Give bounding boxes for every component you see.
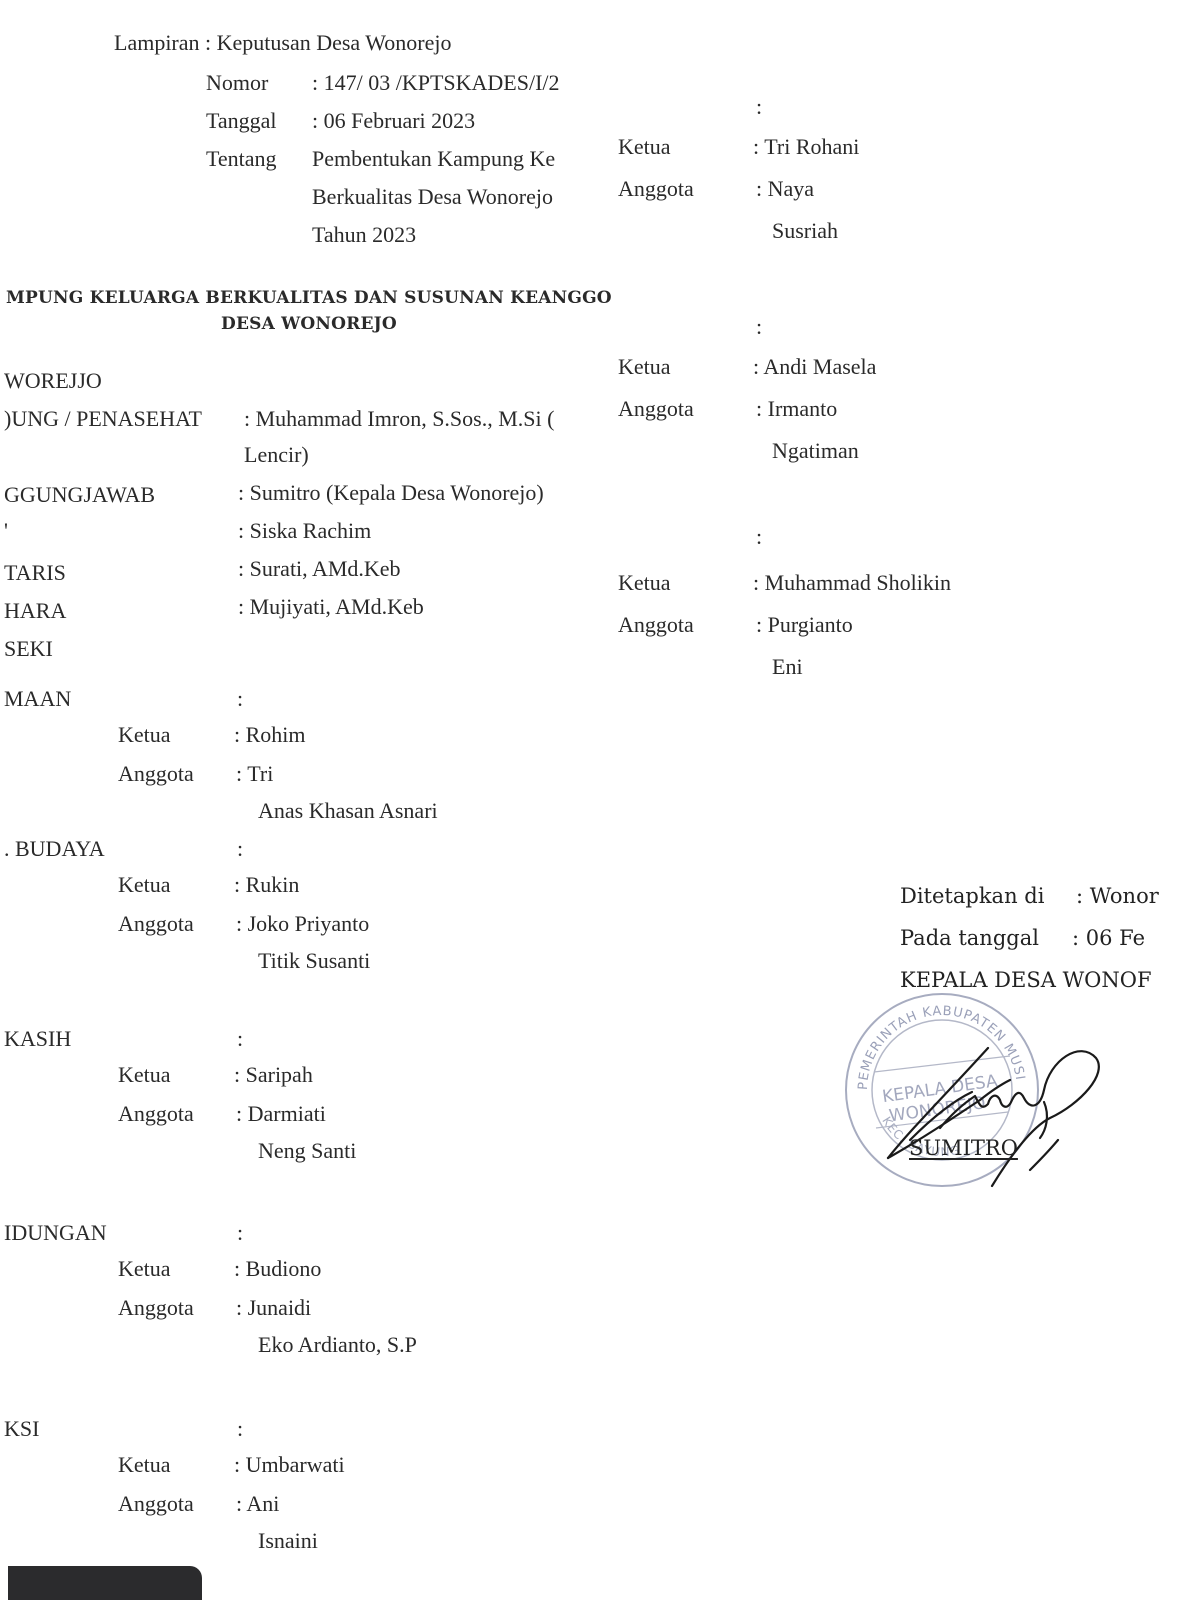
anggota-label: Anggota <box>618 396 694 422</box>
org-name: WOREJJO <box>4 368 102 394</box>
row-value-cont: Lencir) <box>244 442 309 468</box>
tentang-line1: Pembentukan Kampung Ke <box>312 146 555 172</box>
ketua-label: Ketua <box>118 1062 171 1088</box>
nomor-label: Nomor <box>206 70 268 96</box>
anggota-label: Anggota <box>118 761 194 787</box>
section-name: . BUDAYA <box>4 836 105 862</box>
ketua-value: : Umbarwati <box>234 1452 345 1478</box>
nomor-value: : 147/ 03 /KPTSKADES/I/2 <box>312 70 560 96</box>
ketua-label: Ketua <box>118 1256 171 1282</box>
anggota-value: : Tri <box>236 761 273 787</box>
ketua-label: Ketua <box>118 722 171 748</box>
anggota-label: Anggota <box>618 612 694 638</box>
row-label: TARIS <box>4 560 66 586</box>
ketua-value: : Andi Masela <box>753 354 876 380</box>
ketua-value: : Rukin <box>234 872 299 898</box>
anggota-value: : Purgianto <box>756 612 853 638</box>
ditetapkan-label: Ditetapkan di <box>900 884 1044 908</box>
ketua-value: : Tri Rohani <box>753 134 859 160</box>
anggota-label: Anggota <box>118 911 194 937</box>
ketua-label: Ketua <box>118 872 171 898</box>
anggota-label: Anggota <box>618 176 694 202</box>
anggota-value: : Joko Priyanto <box>236 911 369 937</box>
jabatan: KEPALA DESA WONOF <box>900 968 1152 992</box>
ketua-value: : Muhammad Sholikin <box>753 570 951 596</box>
tanggal-value: : 06 Februari 2023 <box>312 108 475 134</box>
row-label: SEKI <box>4 636 53 662</box>
anggota-value-2: Neng Santi <box>258 1138 356 1164</box>
title-line2: DESA WONOREJO <box>221 314 397 334</box>
anggota-value: : Irmanto <box>756 396 837 422</box>
ketua-label: Ketua <box>618 134 671 160</box>
anggota-value-2: Eko Ardianto, S.P <box>258 1332 417 1358</box>
signatory-name: SUMITRO <box>909 1136 1018 1160</box>
section-name: MAAN <box>4 686 71 712</box>
section-name: KASIH <box>4 1026 71 1052</box>
lampiran-line: Lampiran : Keputusan Desa Wonorejo <box>114 30 452 56</box>
anggota-value-2: Eni <box>772 654 803 680</box>
ditetapkan-value: : Wonor <box>1076 884 1159 908</box>
anggota-value-2: Isnaini <box>258 1528 318 1554</box>
tentang-line2: Berkualitas Desa Wonorejo <box>312 184 553 210</box>
ketua-label: Ketua <box>618 570 671 596</box>
section-colon: : <box>237 1026 243 1052</box>
tentang-line3: Tahun 2023 <box>312 222 416 248</box>
row-value: : Sumitro (Kepala Desa Wonorejo) <box>238 480 544 506</box>
anggota-value-2: Susriah <box>772 218 838 244</box>
section-colon: : <box>756 314 762 340</box>
anggota-value-2: Titik Susanti <box>258 948 370 974</box>
row-value: : Muhammad Imron, S.Sos., M.Si ( <box>244 406 554 432</box>
row-value: : Mujiyati, AMd.Keb <box>238 594 424 620</box>
ketua-value: : Rohim <box>234 722 306 748</box>
anggota-value-2: Anas Khasan Asnari <box>258 798 438 824</box>
anggota-label: Anggota <box>118 1101 194 1127</box>
anggota-value: : Naya <box>756 176 814 202</box>
ketua-label: Ketua <box>618 354 671 380</box>
anggota-value: : Junaidi <box>236 1295 311 1321</box>
ketua-value: : Saripah <box>234 1062 313 1088</box>
section-colon: : <box>237 1416 243 1442</box>
ketua-label: Ketua <box>118 1452 171 1478</box>
row-label: HARA <box>4 598 66 624</box>
anggota-value-2: Ngatiman <box>772 438 859 464</box>
section-colon: : <box>756 94 762 120</box>
row-label: ' <box>4 518 8 544</box>
title-line1: MPUNG KELUARGA BERKUALITAS DAN SUSUNAN K… <box>6 288 612 308</box>
tanggal-label: Tanggal <box>206 108 277 134</box>
anggota-label: Anggota <box>118 1491 194 1517</box>
section-colon: : <box>237 836 243 862</box>
section-name: IDUNGAN <box>4 1220 107 1246</box>
tanggal-ttd-value: : 06 Fe <box>1072 926 1145 950</box>
dark-overlay-bar[interactable] <box>8 1566 202 1600</box>
tentang-label: Tentang <box>206 146 277 172</box>
row-value: : Siska Rachim <box>238 518 371 544</box>
signature-icon <box>880 1020 1120 1190</box>
anggota-value: : Darmiati <box>236 1101 326 1127</box>
row-label: )UNG / PENASEHAT <box>4 406 202 432</box>
section-colon: : <box>237 1220 243 1246</box>
anggota-value: : Ani <box>236 1491 279 1517</box>
section-colon: : <box>237 686 243 712</box>
section-colon: : <box>756 524 762 550</box>
ketua-value: : Budiono <box>234 1256 321 1282</box>
row-value: : Surati, AMd.Keb <box>238 556 401 582</box>
row-label: GGUNGJAWAB <box>4 482 155 508</box>
section-name: KSI <box>4 1416 39 1442</box>
anggota-label: Anggota <box>118 1295 194 1321</box>
tanggal-ttd-label: Pada tanggal <box>900 926 1039 950</box>
